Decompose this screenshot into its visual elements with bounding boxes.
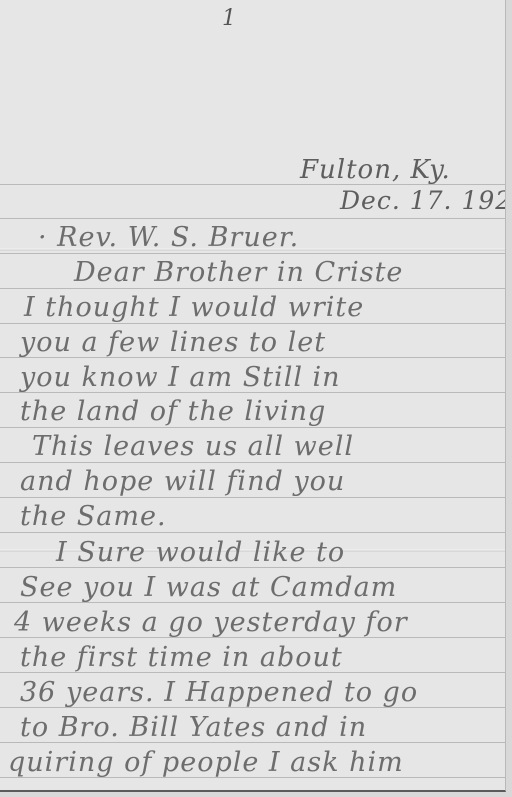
body-line: the land of the living — [20, 396, 326, 427]
body-line: 4 weeks a go yesterday for — [14, 607, 408, 638]
letter-date: Dec. 17. 1928 — [340, 186, 506, 215]
ruled-line — [0, 462, 505, 463]
ruled-line — [0, 253, 505, 254]
ruled-line — [0, 218, 505, 219]
body-line: the Same. — [20, 501, 167, 532]
body-line: you know I am Still in — [20, 362, 341, 393]
body-line: quiring of people I ask him — [8, 747, 404, 778]
body-line: I thought I would write — [24, 292, 364, 323]
recipient-line: · Rev. W. S. Bruer. — [38, 222, 299, 253]
body-line: you a few lines to let — [20, 327, 326, 358]
body-line: the first time in about — [20, 642, 343, 673]
body-line: This leaves us all well — [32, 431, 354, 462]
ruled-line — [0, 497, 505, 498]
letter-place: Fulton, Ky. — [300, 155, 451, 185]
letter-page: 1 Fulton, Ky. Dec. 17. 1928 · Rev. W. S.… — [0, 0, 506, 792]
body-line: I Sure would like to — [56, 537, 345, 568]
ruled-line — [0, 323, 505, 324]
greeting-line: Dear Brother in Criste — [74, 257, 403, 288]
body-line: and hope will find you — [20, 466, 345, 497]
ruled-line — [0, 427, 505, 428]
body-line: 36 years. I Happened to go — [20, 677, 418, 708]
ruled-line — [0, 532, 505, 533]
body-line: to Bro. Bill Yates and in — [20, 712, 367, 743]
body-line: See you I was at Camdam — [20, 572, 397, 603]
page-number: 1 — [222, 6, 237, 31]
ruled-line — [0, 288, 505, 289]
